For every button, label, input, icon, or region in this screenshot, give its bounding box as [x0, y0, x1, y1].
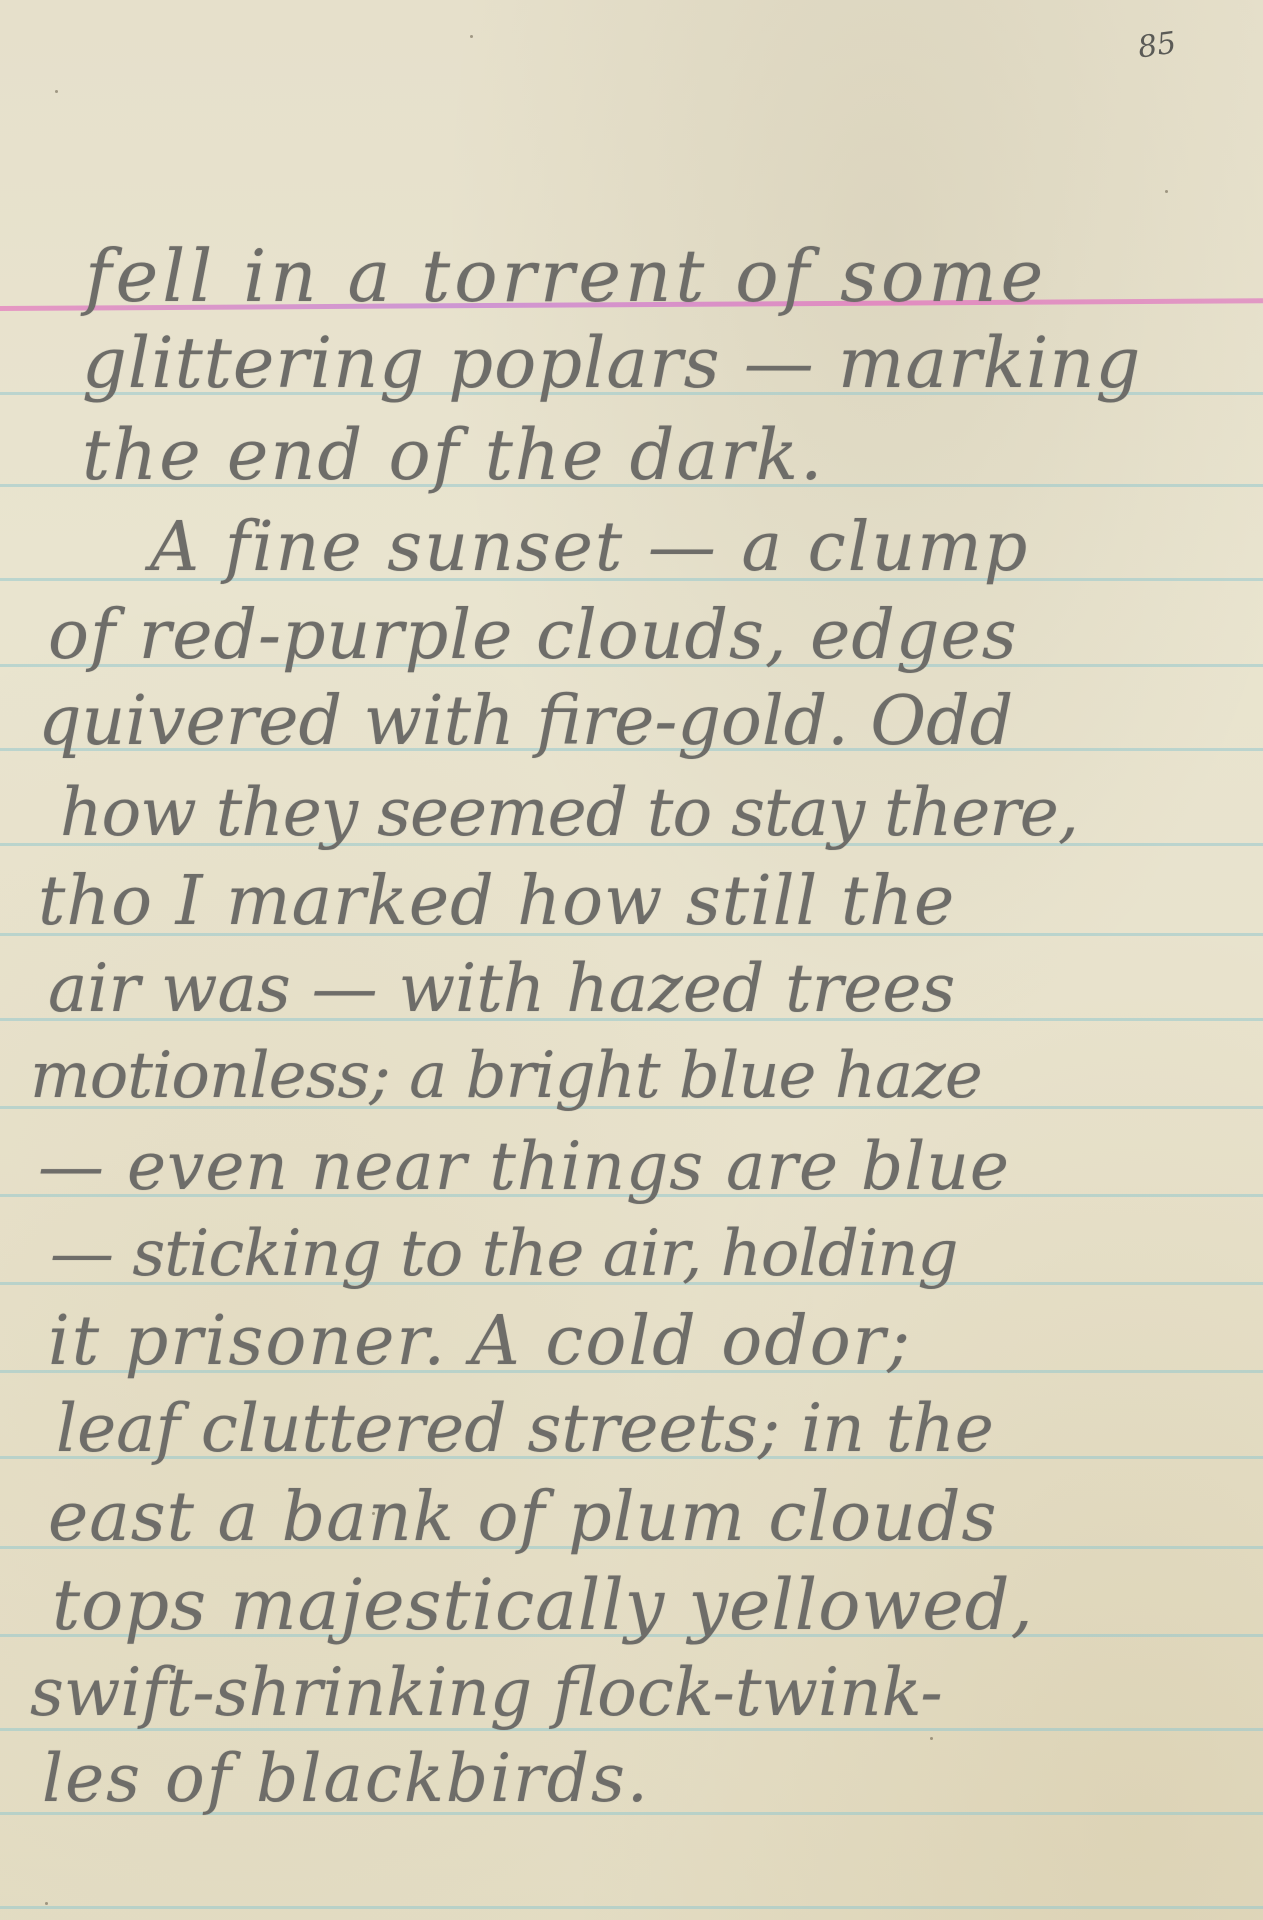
text-line: how they seemed to stay there,: [60, 780, 1078, 846]
text-line: air was — with hazed trees: [48, 956, 955, 1022]
paper-speck: [372, 1512, 375, 1515]
text-line: fell in a torrent of some: [85, 240, 1047, 312]
paper-speck: [930, 1737, 933, 1740]
text-line: les of blackbirds.: [42, 1746, 650, 1812]
text-line: tho I marked how still the: [38, 868, 955, 936]
text-line: motionless; a bright blue haze: [30, 1044, 982, 1108]
text-line: tops majestically yellowed,: [52, 1570, 1034, 1640]
text-line: swift-shrinking flock-twink-: [30, 1660, 943, 1726]
text-line: of red-purple clouds, edges: [48, 602, 1018, 670]
text-line: A fine sunset — a clump: [150, 514, 1029, 582]
text-line: east a bank of plum clouds: [48, 1484, 997, 1552]
text-line: it prisoner. A cold odor;: [48, 1308, 912, 1376]
text-line: quivered with fire-gold. Odd: [38, 688, 1013, 756]
ruled-line: [0, 1906, 1263, 1909]
paper-speck: [1165, 190, 1168, 193]
text-line: glittering poplars — marking: [82, 328, 1141, 398]
text-line: leaf cluttered streets; in the: [56, 1396, 994, 1462]
paper-speck: [470, 35, 473, 38]
page-number: 85: [1136, 26, 1179, 66]
paper-speck: [55, 90, 58, 93]
paper-speck: [45, 1902, 48, 1905]
text-line: the end of the dark.: [82, 420, 824, 490]
text-line: — even near things are blue: [38, 1134, 1010, 1200]
text-line: — sticking to the air, holding: [50, 1222, 957, 1286]
notebook-page: 85 fell in a torrent of some glittering …: [0, 0, 1263, 1920]
